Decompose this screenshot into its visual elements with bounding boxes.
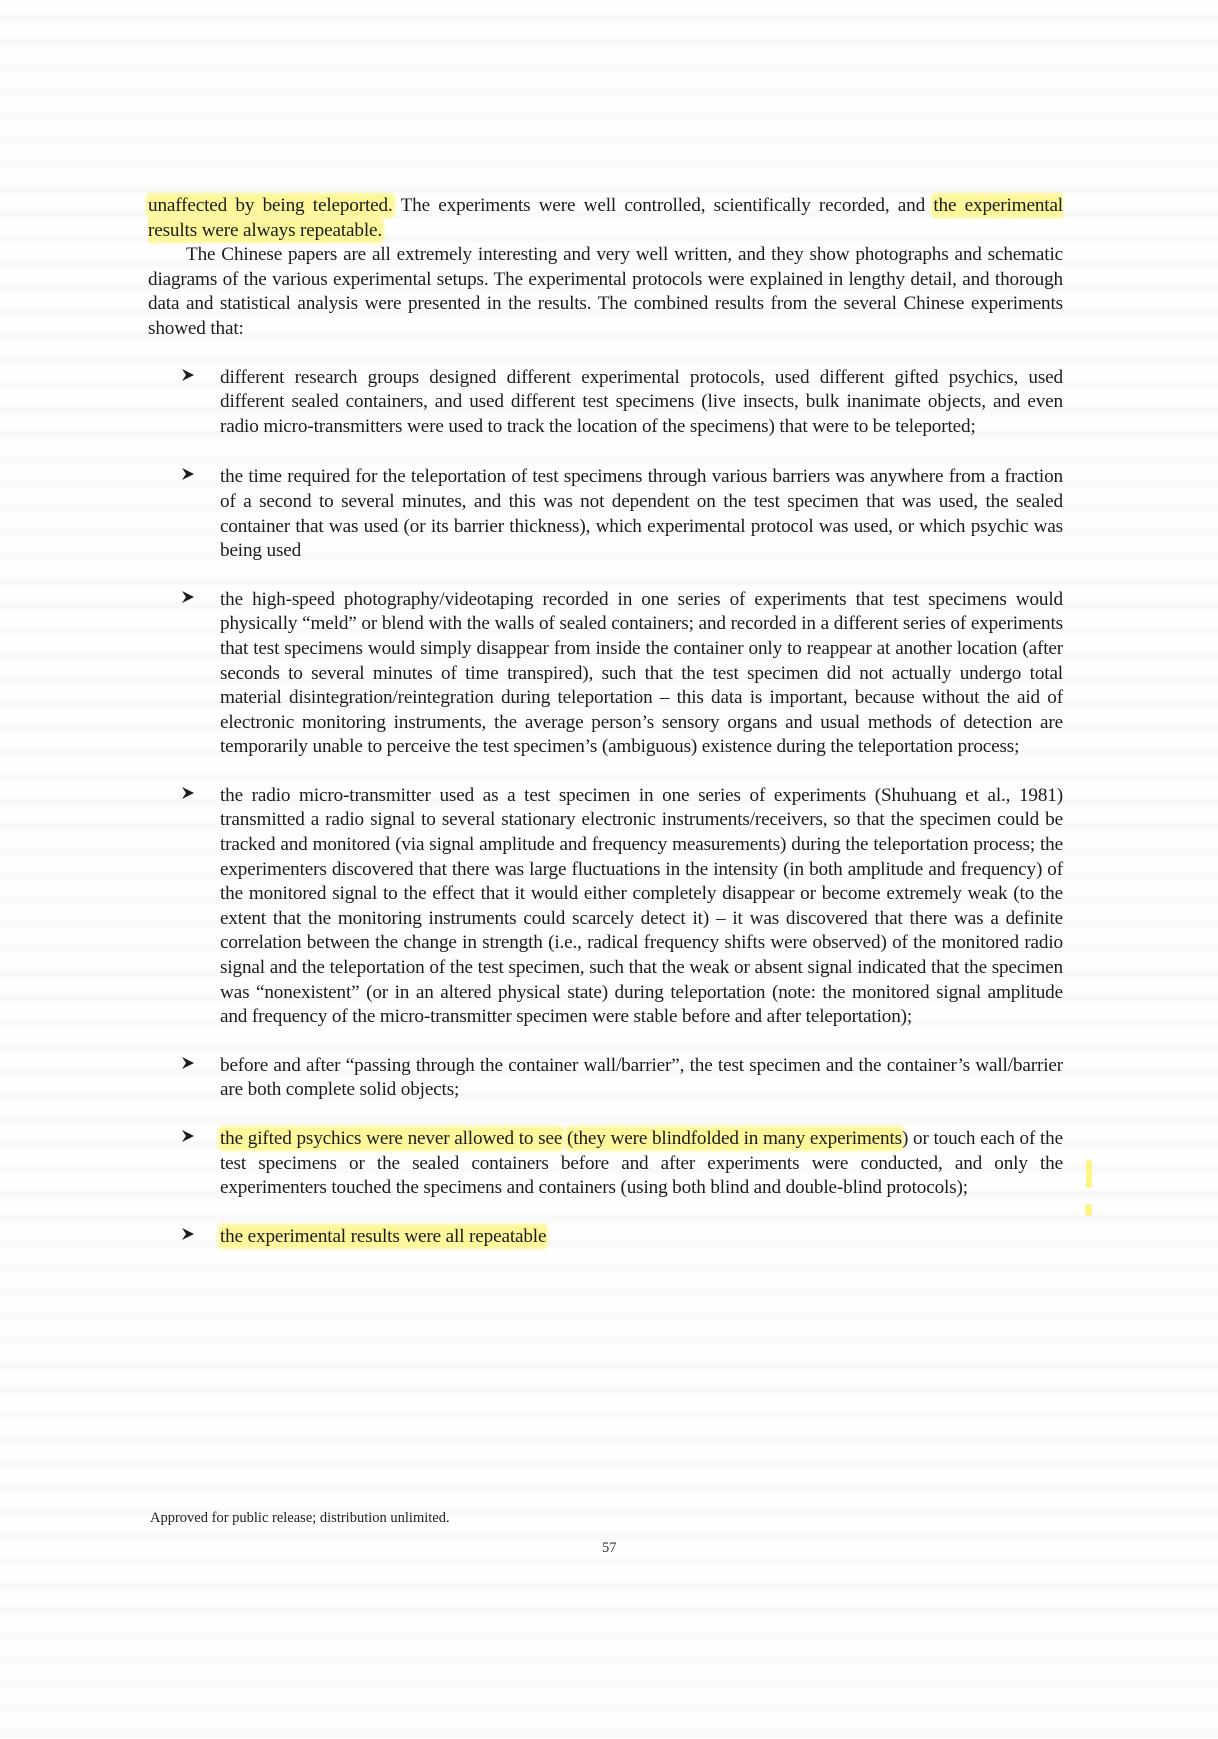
list-item-text: the high-speed photography/videotaping r… — [220, 589, 1063, 758]
highlight-all-repeatable: the experimental results were all repeat… — [220, 1226, 546, 1247]
highlight-never-allowed: the gifted psychics were never allowed t… — [220, 1128, 562, 1149]
list-item-text: the radio micro-transmitter used as a te… — [220, 785, 1063, 1027]
highlight-unaffected: unaffected by being teleported. — [148, 195, 393, 216]
list-item-text: different research groups designed diffe… — [220, 367, 1063, 437]
document-page: unaffected by being teleported. The expe… — [0, 0, 1218, 1739]
arrow-bullet-icon — [181, 786, 195, 800]
body-text: unaffected by being teleported. The expe… — [148, 194, 1063, 1249]
list-item: the experimental results were all repeat… — [148, 1225, 1063, 1250]
margin-highlight-mark — [1086, 1160, 1092, 1188]
list-item-text: the time required for the teleportation … — [220, 466, 1063, 561]
list-item: different research groups designed diffe… — [148, 366, 1063, 440]
page-number: 57 — [602, 1540, 617, 1557]
arrow-bullet-icon — [181, 467, 195, 481]
release-note: Approved for public release; distributio… — [150, 1510, 450, 1527]
margin-highlight-mark — [1085, 1204, 1092, 1216]
list-item: the gifted psychics were never allowed t… — [148, 1127, 1063, 1201]
list-item: the radio micro-transmitter used as a te… — [148, 784, 1063, 1030]
paragraph-chinese-papers: The Chinese papers are all extremely int… — [148, 243, 1063, 341]
results-list: different research groups designed diffe… — [148, 366, 1063, 1250]
list-item-text: before and after “passing through the co… — [220, 1055, 1063, 1101]
arrow-bullet-icon — [181, 1227, 195, 1241]
arrow-bullet-icon — [181, 1129, 195, 1143]
highlight-blindfolded: (they were blindfolded in many experimen… — [567, 1128, 902, 1149]
intro-text: The experiments were well controlled, sc… — [393, 195, 934, 216]
list-item: the high-speed photography/videotaping r… — [148, 588, 1063, 760]
arrow-bullet-icon — [181, 1056, 195, 1070]
list-item: before and after “passing through the co… — [148, 1054, 1063, 1103]
list-item: the time required for the teleportation … — [148, 465, 1063, 563]
intro-paragraph: unaffected by being teleported. The expe… — [148, 194, 1063, 243]
arrow-bullet-icon — [181, 590, 195, 604]
arrow-bullet-icon — [181, 368, 195, 382]
